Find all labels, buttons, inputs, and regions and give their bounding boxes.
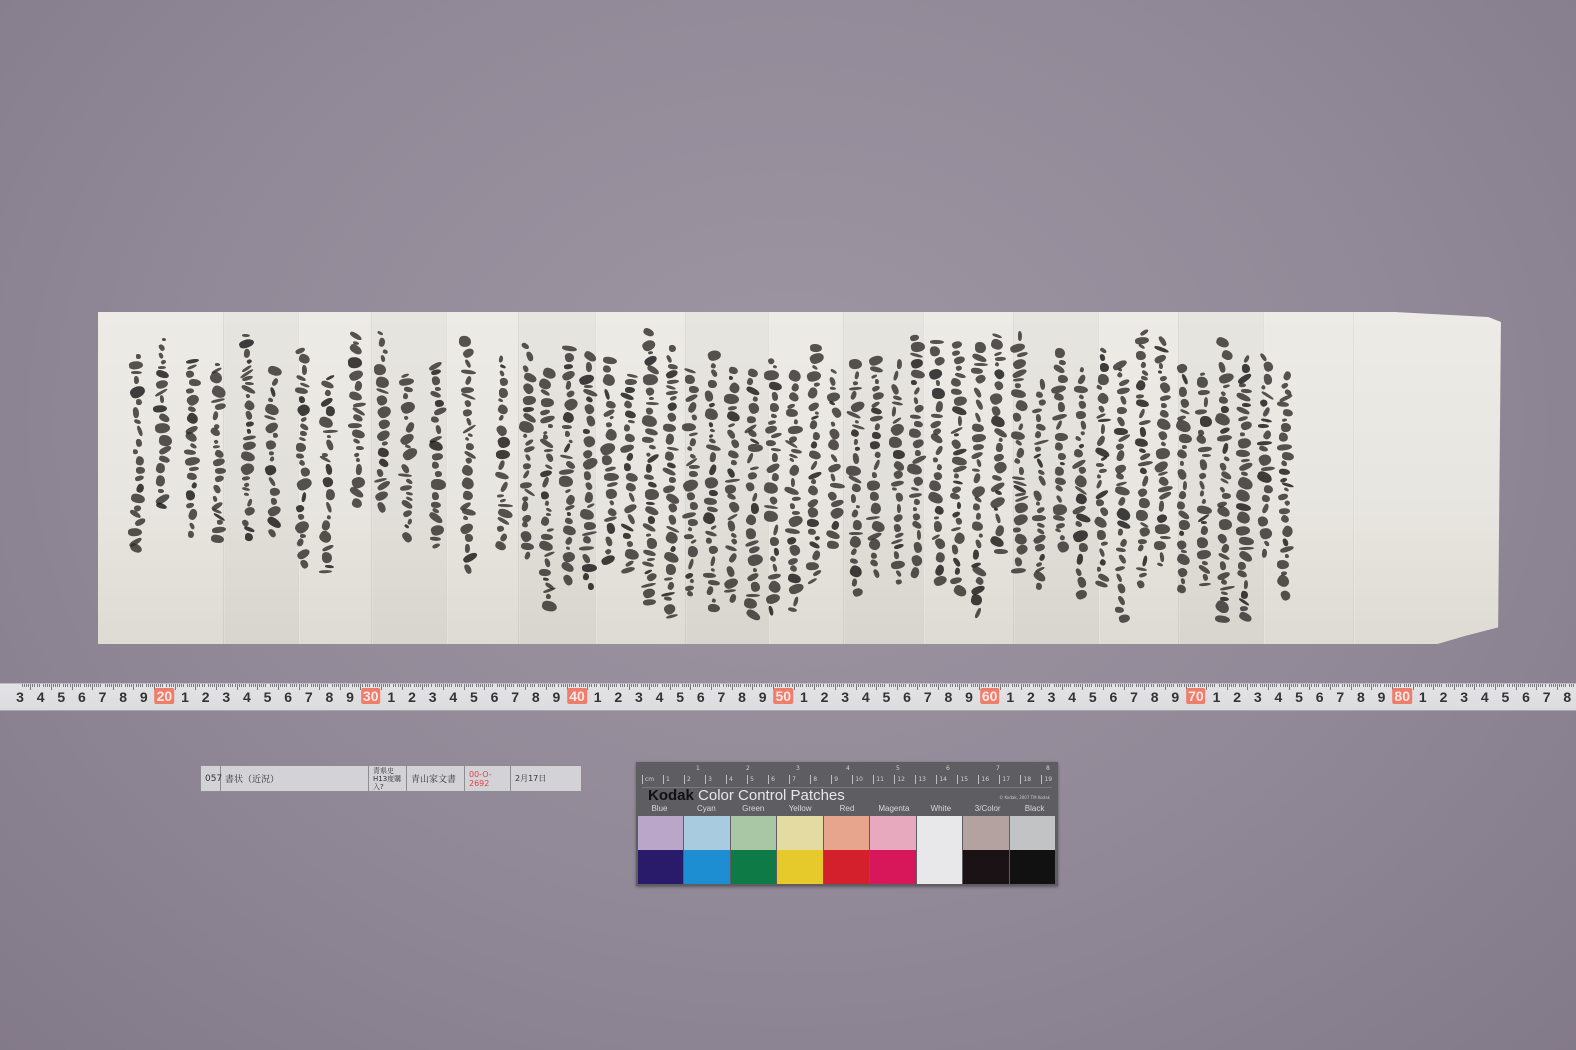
patch-names: BlueCyanGreenYellowRedMagentaWhite3/Colo… <box>636 804 1058 816</box>
ink-stroke <box>686 401 697 414</box>
ink-stroke <box>1079 367 1084 373</box>
calligraphy-column <box>887 359 907 591</box>
ink-stroke <box>1176 584 1187 594</box>
ink-stroke <box>299 466 310 477</box>
ruler-number: 4 <box>656 689 664 705</box>
ruler-tick <box>107 684 108 687</box>
ruler-tick <box>600 684 601 687</box>
calligraphy-column <box>1153 335 1173 572</box>
ink-stroke <box>1115 565 1126 572</box>
ink-stroke <box>296 453 305 459</box>
ink-stroke <box>854 371 860 380</box>
ink-stroke <box>375 428 391 443</box>
ruler-tick <box>1210 684 1211 687</box>
ink-stroke <box>1096 530 1105 540</box>
ink-stroke <box>582 434 597 449</box>
ruler-tick <box>779 684 780 687</box>
ink-stroke <box>544 558 551 568</box>
ink-stroke <box>786 409 798 418</box>
ruler-tick <box>610 684 611 687</box>
ruler-tick <box>76 684 77 687</box>
kodak-scale-number: 7 <box>792 776 796 783</box>
ink-stroke <box>913 387 921 396</box>
ruler-tick <box>891 684 892 687</box>
ink-stroke <box>1198 472 1207 480</box>
ink-stroke <box>849 532 863 535</box>
ruler-tick <box>1204 684 1205 687</box>
ink-stroke <box>727 449 740 459</box>
ruler-tick <box>280 684 281 687</box>
ink-stroke <box>462 408 472 417</box>
catalog-source-name: 青県史 <box>373 767 394 775</box>
ruler-number: 8 <box>738 689 746 705</box>
ink-stroke <box>724 478 739 483</box>
ink-stroke <box>746 594 760 597</box>
ruler-tick <box>1332 684 1333 687</box>
ink-stroke <box>1032 569 1047 583</box>
ink-stroke <box>587 502 595 508</box>
ink-stroke <box>787 514 804 529</box>
kodak-scale-tick <box>684 775 685 784</box>
ruler-tick <box>1239 684 1240 687</box>
ruler-number: 1 <box>800 689 808 705</box>
ink-stroke <box>727 423 735 428</box>
ink-stroke <box>994 508 998 511</box>
ink-stroke <box>641 414 658 427</box>
ink-stroke <box>909 428 922 438</box>
ink-stroke <box>808 351 825 366</box>
ruler-tick <box>635 684 636 687</box>
ruler-number: 6 <box>903 689 911 705</box>
ruler-tick <box>926 684 927 687</box>
ink-stroke <box>1059 535 1065 541</box>
ink-stroke <box>787 463 800 477</box>
ruler-tick <box>1316 684 1317 687</box>
ink-stroke <box>1238 536 1254 545</box>
ink-stroke <box>1199 582 1211 586</box>
ruler-tick <box>404 684 405 687</box>
ink-stroke <box>794 419 799 425</box>
ruler-tick <box>212 684 213 687</box>
ruler-tick <box>150 684 151 687</box>
ruler-tick <box>1380 684 1381 687</box>
ink-stroke <box>494 540 507 552</box>
kodak-scale-tick <box>894 775 895 784</box>
ink-stroke <box>1261 429 1272 440</box>
ink-stroke <box>1219 426 1230 435</box>
ruler-number: 80 <box>1392 688 1412 704</box>
ruler-tick <box>645 684 646 687</box>
ruler-tick <box>1095 684 1096 687</box>
ink-stroke <box>994 549 1008 554</box>
ruler-tick <box>181 684 182 687</box>
ruler-tick <box>1514 684 1515 687</box>
ruler-tick <box>422 684 423 690</box>
ruler-tick <box>1425 684 1426 687</box>
calligraphy-column <box>1071 367 1091 606</box>
ruler-tick <box>581 684 582 687</box>
ink-stroke <box>971 433 986 443</box>
ruler-tick <box>307 684 308 687</box>
ink-stroke <box>522 470 530 480</box>
ink-stroke <box>846 410 861 420</box>
ruler-tick <box>847 684 848 687</box>
ruler-tick <box>988 684 989 687</box>
ruler-tick <box>1307 684 1308 687</box>
ruler-tick <box>1049 684 1050 687</box>
ink-stroke <box>539 437 554 449</box>
ruler-tick <box>1043 684 1044 687</box>
measuring-ruler: 3456789201234567893012345678940123456789… <box>0 683 1576 711</box>
ruler-tick <box>1456 684 1457 687</box>
ink-stroke <box>1174 418 1192 434</box>
ink-stroke <box>873 459 881 471</box>
ruler-tick <box>563 684 564 687</box>
ruler-tick <box>1501 684 1502 687</box>
ruler-tick <box>841 684 842 687</box>
ink-stroke <box>711 598 716 603</box>
ink-stroke <box>1178 434 1192 444</box>
ruler-tick <box>142 684 143 687</box>
ink-stroke <box>1073 448 1084 458</box>
ruler-tick <box>96 684 97 687</box>
color-patch <box>824 850 870 884</box>
ink-stroke <box>188 531 194 538</box>
ink-stroke <box>298 437 306 442</box>
ink-stroke <box>1052 503 1067 516</box>
ink-stroke <box>891 487 896 491</box>
ink-stroke <box>1142 555 1149 567</box>
ruler-tick <box>1080 684 1081 687</box>
ruler-tick <box>1330 684 1331 690</box>
ruler-tick <box>530 684 531 687</box>
ink-stroke <box>324 389 332 397</box>
ruler-tick <box>32 684 33 687</box>
ink-stroke <box>1055 420 1063 431</box>
ruler-tick <box>1027 684 1028 687</box>
ink-stroke <box>689 386 699 393</box>
ink-stroke <box>432 542 441 549</box>
ink-stroke <box>724 589 736 593</box>
ink-stroke <box>728 366 738 375</box>
ruler-tick <box>684 684 685 687</box>
ink-stroke <box>666 401 678 412</box>
ruler-tick <box>1270 684 1271 687</box>
ink-stroke <box>540 516 551 527</box>
ruler-number: 9 <box>346 689 354 705</box>
ink-stroke <box>645 402 658 405</box>
ink-stroke <box>1220 349 1234 361</box>
ink-stroke <box>913 403 924 413</box>
ruler-tick <box>478 684 479 687</box>
ruler-number: 7 <box>511 689 519 705</box>
ruler-tick <box>313 684 314 687</box>
ruler-tick <box>606 684 607 687</box>
ruler-tick <box>497 684 498 687</box>
calligraphy-column <box>128 354 148 554</box>
ruler-tick <box>550 684 551 687</box>
ruler-tick <box>1483 684 1484 687</box>
kodak-scale-tick <box>852 775 853 784</box>
calligraphy-column <box>1235 354 1255 626</box>
ruler-tick <box>431 684 432 687</box>
ink-stroke <box>953 473 959 479</box>
ink-stroke <box>1238 562 1246 570</box>
kodak-scale-tick <box>726 775 727 784</box>
ruler-tick <box>827 684 828 687</box>
ruler-tick <box>1406 684 1407 687</box>
ink-stroke <box>1283 499 1290 506</box>
ruler-tick <box>109 684 110 687</box>
ink-stroke <box>648 445 656 450</box>
ruler-tick <box>218 684 219 687</box>
ink-stroke <box>581 564 596 573</box>
ruler-tick <box>239 684 240 687</box>
ruler-tick <box>862 684 863 687</box>
ruler-tick <box>643 684 644 687</box>
calligraphy-column <box>907 334 927 581</box>
ruler-tick <box>177 684 178 687</box>
ink-stroke <box>787 607 797 613</box>
ink-stroke <box>1077 374 1087 386</box>
ink-stroke <box>1036 506 1045 514</box>
ruler-tick <box>272 684 273 687</box>
ruler-tick <box>199 684 200 687</box>
ruler-tick <box>798 684 799 687</box>
ruler-tick <box>1165 684 1166 690</box>
ink-stroke <box>789 503 795 509</box>
ink-stroke <box>1280 514 1290 524</box>
ink-stroke <box>976 459 982 468</box>
ink-stroke <box>404 421 416 434</box>
ruler-tick <box>728 684 729 687</box>
ruler-tick <box>439 684 440 687</box>
ink-stroke <box>896 359 902 369</box>
ink-stroke <box>727 405 737 411</box>
ruler-tick <box>936 684 937 687</box>
ruler-tick <box>129 684 130 687</box>
ink-stroke <box>1261 549 1267 558</box>
ruler-tick <box>794 684 795 690</box>
ink-stroke <box>709 422 714 428</box>
ink-stroke <box>1255 470 1273 485</box>
ink-stroke <box>348 423 362 428</box>
ink-stroke <box>1101 424 1106 434</box>
ruler-tick <box>571 684 572 687</box>
ink-stroke <box>158 435 172 447</box>
ink-stroke <box>807 484 820 497</box>
ruler-tick <box>235 684 236 687</box>
ruler-tick <box>1109 684 1110 687</box>
ink-stroke <box>186 388 195 394</box>
ruler-tick <box>946 684 947 687</box>
ink-stroke <box>1014 557 1022 567</box>
ink-stroke <box>521 381 534 395</box>
ink-stroke <box>747 429 758 439</box>
ruler-tick <box>133 684 134 690</box>
ruler-number: 5 <box>883 689 891 705</box>
ink-stroke <box>538 377 553 390</box>
ruler-tick <box>379 684 380 687</box>
ruler-number: 6 <box>1522 689 1530 705</box>
ink-stroke <box>428 439 444 452</box>
ruler-tick <box>1157 684 1158 687</box>
ruler-tick <box>210 684 211 687</box>
ruler-tick <box>175 684 176 690</box>
ruler-number: 7 <box>924 689 932 705</box>
ink-stroke <box>812 365 819 371</box>
kodak-scale-tick <box>936 775 937 784</box>
color-patch <box>963 816 1009 850</box>
ruler-tick <box>1497 684 1498 687</box>
ruler-tick <box>1245 684 1246 687</box>
ruler-number: 5 <box>1295 689 1303 705</box>
ruler-tick <box>653 684 654 687</box>
ink-stroke <box>890 560 905 571</box>
ruler-tick <box>1089 684 1090 687</box>
ink-stroke <box>1075 435 1082 441</box>
ink-stroke <box>1158 500 1164 512</box>
kodak-logo: Kodak <box>648 787 694 804</box>
ruler-tick <box>125 684 126 687</box>
ruler-tick <box>251 684 252 687</box>
ink-stroke <box>646 464 653 473</box>
ruler-tick <box>525 684 526 690</box>
ink-stroke <box>957 502 961 509</box>
ruler-tick <box>486 684 487 687</box>
ruler-tick <box>1206 684 1207 690</box>
ink-stroke <box>702 511 717 526</box>
ink-stroke <box>212 495 217 502</box>
catalog-id: 00-O-2692 <box>465 766 511 791</box>
ink-stroke <box>768 419 777 425</box>
ink-stroke <box>583 471 591 481</box>
ink-stroke <box>1114 607 1123 613</box>
calligraphy-column <box>559 346 579 590</box>
ink-stroke <box>829 505 845 520</box>
ink-stroke <box>522 395 536 406</box>
ink-stroke <box>1258 424 1269 428</box>
ink-stroke <box>667 379 679 384</box>
ruler-tick <box>1171 684 1172 687</box>
ink-stroke <box>662 423 676 432</box>
ruler-tick <box>1540 684 1541 687</box>
ink-stroke <box>914 499 921 506</box>
calligraphy-column <box>1010 331 1030 575</box>
ink-stroke <box>927 367 943 381</box>
calligraphy-column <box>620 374 640 574</box>
ruler-tick <box>1536 684 1537 690</box>
ruler-tick <box>1138 684 1139 687</box>
ink-stroke <box>1202 573 1208 581</box>
ink-stroke <box>663 577 672 581</box>
ink-stroke <box>1176 566 1188 578</box>
ink-stroke <box>623 424 630 432</box>
ruler-tick <box>1188 684 1189 687</box>
ink-stroke <box>265 515 282 530</box>
ink-stroke <box>522 406 533 412</box>
ruler-tick <box>1016 684 1017 687</box>
ink-stroke <box>265 440 277 451</box>
ink-stroke <box>272 433 277 438</box>
ink-stroke <box>405 492 412 496</box>
ruler-tick <box>1524 684 1525 687</box>
ink-stroke <box>189 379 201 387</box>
ink-stroke <box>243 526 255 534</box>
ink-stroke <box>135 466 145 474</box>
ruler-tick <box>542 684 543 687</box>
ruler-tick <box>1219 684 1220 687</box>
ruler-tick <box>216 684 217 690</box>
color-patch <box>917 816 963 850</box>
ink-stroke <box>989 535 1005 549</box>
ink-stroke <box>545 513 550 517</box>
ink-stroke <box>546 507 553 512</box>
ruler-tick <box>278 684 279 690</box>
kodak-scale-inch: 5 <box>896 765 900 772</box>
ruler-number: 2 <box>614 689 622 705</box>
ink-stroke <box>869 559 879 568</box>
ink-stroke <box>708 464 718 476</box>
ink-stroke <box>1077 466 1086 475</box>
ruler-number: 4 <box>1275 689 1283 705</box>
ink-stroke <box>951 544 958 555</box>
ink-stroke <box>1053 515 1066 522</box>
ink-stroke <box>769 556 777 563</box>
ink-stroke <box>269 456 275 462</box>
ink-stroke <box>1117 595 1126 606</box>
ink-stroke <box>541 600 558 613</box>
ink-stroke <box>974 607 982 619</box>
ruler-tick <box>1375 684 1376 687</box>
ink-stroke <box>872 391 885 401</box>
ink-stroke <box>565 380 572 390</box>
ink-stroke <box>499 481 509 493</box>
ink-stroke <box>604 388 611 400</box>
ruler-tick <box>241 684 242 687</box>
ink-stroke <box>665 433 676 446</box>
ink-stroke <box>1235 525 1250 536</box>
ruler-tick <box>1212 684 1213 687</box>
ink-stroke <box>1177 509 1190 520</box>
ruler-tick <box>1347 684 1348 687</box>
ink-stroke <box>953 355 966 365</box>
ink-stroke <box>1035 391 1043 398</box>
ruler-tick <box>1322 684 1323 687</box>
ruler-tick <box>1260 684 1261 687</box>
ruler-tick <box>1037 684 1038 687</box>
ink-stroke <box>830 368 838 374</box>
ink-stroke <box>463 563 473 575</box>
ruler-tick <box>814 684 815 690</box>
calligraphy-column <box>398 373 418 544</box>
ruler-tick <box>317 684 318 687</box>
ruler-tick <box>426 684 427 687</box>
kodak-scale-tick <box>1020 775 1021 784</box>
ink-stroke <box>993 380 1004 392</box>
ruler-tick <box>245 684 246 687</box>
catalog-source-note-1: H13度購 <box>373 775 401 783</box>
ruler-tick <box>647 684 648 687</box>
ink-stroke <box>322 552 333 564</box>
ruler-tick <box>1132 684 1133 687</box>
ruler-tick <box>1452 684 1453 687</box>
ruler-tick <box>833 684 834 687</box>
patch-name: Magenta <box>870 804 917 816</box>
ruler-number: 6 <box>78 689 86 705</box>
ink-stroke <box>299 558 309 569</box>
ruler-tick <box>1388 684 1389 687</box>
